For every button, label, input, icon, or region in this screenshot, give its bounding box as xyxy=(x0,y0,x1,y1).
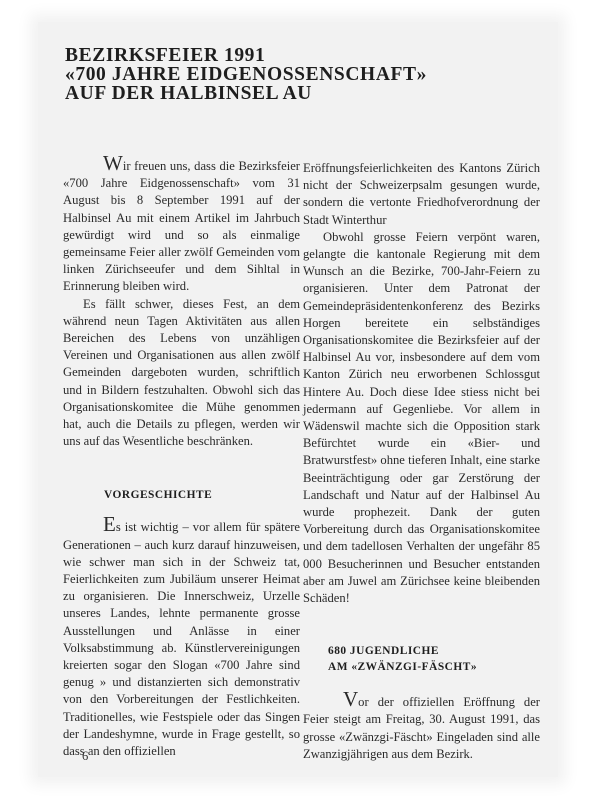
section-heading-vorgeschichte: VORGESCHICHTE xyxy=(63,487,300,503)
page-number: 6 xyxy=(82,749,88,764)
intro-paragraph: Wir freuen uns, dass die Bezirksfeier «7… xyxy=(63,156,300,296)
section-text: s ist wichtig – vor allem für spätere Ge… xyxy=(63,520,300,758)
heading-line-1: 680 JUGENDLICHE xyxy=(328,643,540,659)
heading-line-2: AM «ZWÄNZGI-FÄSCHT» xyxy=(328,659,540,675)
article-title: BEZIRKSFEIER 1991 «700 JAHRE EIDGENOSSEN… xyxy=(65,46,427,103)
section-text: or der offiziellen Eröffnung der Feier s… xyxy=(303,695,540,761)
drop-cap: V xyxy=(343,687,358,711)
drop-cap: E xyxy=(103,512,116,536)
left-column: Wir freuen uns, dass die Bezirksfeier «7… xyxy=(63,156,300,760)
title-line-2: «700 JAHRE EIDGENOSSENSCHAFT» xyxy=(65,65,427,84)
intro-text: ir freuen uns, dass die Bezirksfeier «70… xyxy=(63,159,300,293)
title-line-3: AUF DER HALBINSEL AU xyxy=(65,84,427,103)
section-paragraph: Es ist wichtig – vor allem für spätere G… xyxy=(63,517,300,760)
section-paragraph: Vor der offiziellen Eröffnung der Feier … xyxy=(303,692,540,763)
paragraph: Obwohl grosse Feiern verpönt waren, gela… xyxy=(303,229,540,607)
section-heading-jugendliche: 680 JUGENDLICHE AM «ZWÄNZGI-FÄSCHT» xyxy=(303,643,540,675)
title-line-1: BEZIRKSFEIER 1991 xyxy=(65,46,427,65)
continuation-paragraph: Eröffnungsfeierlichkeiten des Kantons Zü… xyxy=(303,160,540,229)
drop-cap: W xyxy=(103,151,123,175)
paragraph: Es fällt schwer, dieses Fest, an dem wäh… xyxy=(63,296,300,451)
right-column: Eröffnungsfeierlichkeiten des Kantons Zü… xyxy=(303,160,540,763)
